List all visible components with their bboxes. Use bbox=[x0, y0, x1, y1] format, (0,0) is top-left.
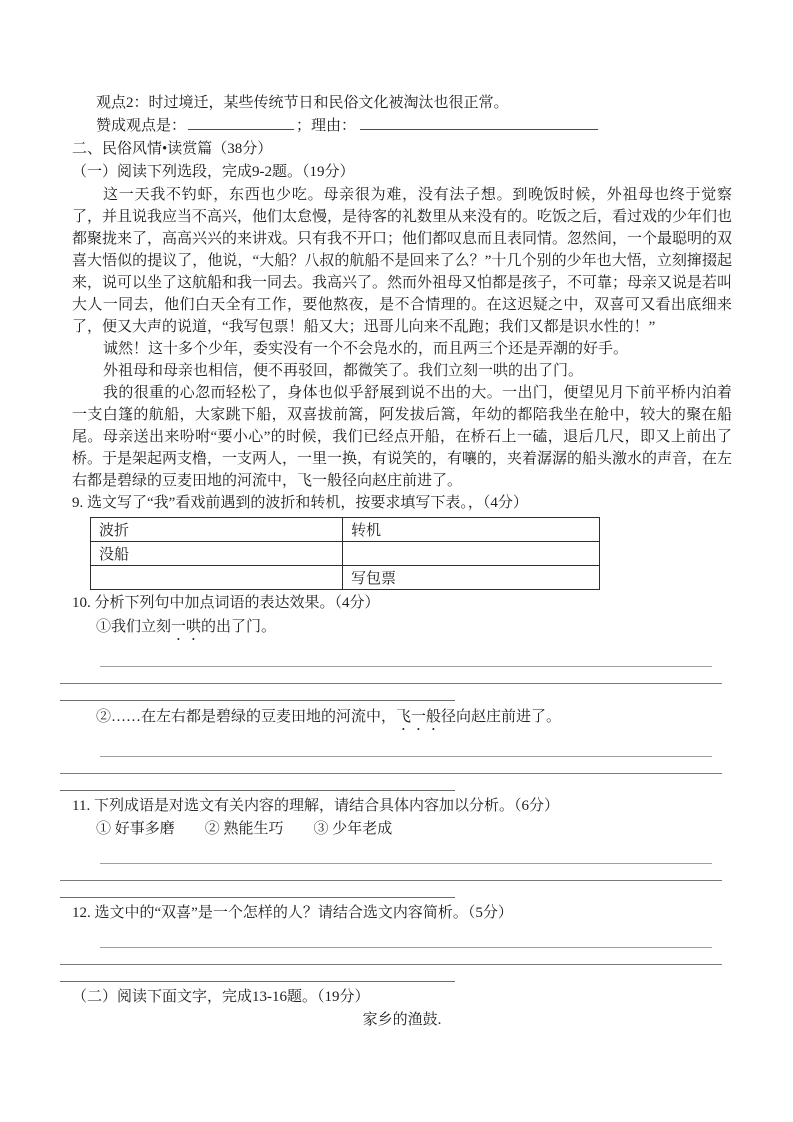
agree-line: 赞成观点是：；理由： bbox=[72, 115, 732, 138]
table-cell-empty bbox=[91, 566, 343, 590]
item2-pre: ②……在左右都是碧绿的豆麦田地的河流中， bbox=[96, 709, 396, 725]
item2-post: 径向赵庄前进了。 bbox=[441, 709, 561, 725]
passage-paragraph-3: 外祖母和母亲也相信，便不再驳回，都微笑了。我们立刻一哄的出了门。 bbox=[72, 360, 732, 382]
agree-answer-blank bbox=[188, 115, 294, 130]
answer-line bbox=[100, 740, 712, 757]
answer-line bbox=[60, 948, 722, 965]
table-row: 波折 转机 bbox=[91, 518, 600, 542]
table-cell: 写包票 bbox=[343, 566, 600, 590]
answer-line bbox=[60, 774, 455, 791]
answer-line bbox=[100, 931, 712, 948]
question-9-table: 波折 转机 没船 写包票 bbox=[90, 517, 600, 590]
answer-lines-q10-1 bbox=[72, 650, 732, 701]
table-cell-empty bbox=[343, 542, 600, 566]
question-12-text: 12. 选文中的“双喜”是一个怎样的人？请结合选文内容简析。（5分） bbox=[72, 902, 732, 925]
answer-lines-q11 bbox=[72, 847, 732, 898]
answer-lines-q10-2 bbox=[72, 740, 732, 791]
answer-lines-q12 bbox=[72, 931, 732, 982]
item1-emphasized-word: 一哄 bbox=[171, 619, 201, 635]
answer-line bbox=[60, 684, 455, 701]
part2-heading: （二）阅读下面文字，完成13-16题。（19分） bbox=[72, 986, 732, 1009]
table-cell: 没船 bbox=[91, 542, 343, 566]
answer-line bbox=[60, 667, 722, 684]
answer-line bbox=[100, 650, 712, 667]
answer-line bbox=[60, 881, 455, 898]
passage-paragraph-2: 诚然！这十多个少年，委实没有一个不会凫水的，而且两三个还是弄潮的好手。 bbox=[72, 338, 732, 360]
item1-post: 的出了门。 bbox=[201, 619, 276, 635]
question-11-text: 11. 下列成语是对选文有关内容的理解，请结合具体内容加以分析。（6分） bbox=[72, 795, 732, 818]
reason-answer-blank bbox=[360, 115, 598, 130]
part1-heading: （一）阅读下列选段，完成9-2题。（19分） bbox=[72, 161, 732, 184]
agree-label: 赞成观点是： bbox=[96, 118, 186, 134]
viewpoint2-text: 观点2：时过境迁，某些传统节日和民俗文化被淘汰也很正常。 bbox=[72, 92, 732, 115]
answer-line bbox=[100, 847, 712, 864]
reason-label: ；理由： bbox=[296, 118, 356, 134]
answer-line bbox=[60, 965, 455, 982]
answer-line bbox=[60, 757, 722, 774]
passage2-title: 家乡的渔鼓. bbox=[72, 1009, 732, 1032]
question-9-text: 9. 选文写了“我”看戏前遇到的波折和转机，按要求填写下表。，（4分） bbox=[72, 492, 732, 515]
table-header-zhuanji: 转机 bbox=[343, 518, 600, 542]
question-10-text: 10. 分析下列句中加点词语的表达效果。（4分） bbox=[72, 592, 732, 615]
question-10-item-1: ①我们立刻一哄的出了门。 bbox=[72, 615, 732, 644]
question-11-options: ① 好事多磨 ② 熟能生巧 ③ 少年老成 bbox=[72, 818, 732, 841]
passage-paragraph-4: 我的很重的心忽而轻松了，身体也似乎舒展到说不出的大。一出门，便望见月下前平桥内泊… bbox=[72, 382, 732, 492]
item1-pre: ①我们立刻 bbox=[96, 619, 171, 635]
section2-heading: 二、民俗风情•读赏篇（38分） bbox=[72, 138, 732, 161]
exam-page: 观点2：时过境迁，某些传统节日和民俗文化被淘汰也很正常。 赞成观点是：；理由： … bbox=[0, 0, 793, 1122]
passage-paragraph-1: 这一天我不钓虾，东西也少吃。母亲很为难，没有法子想。到晚饭时候，外祖母也终于觉察… bbox=[72, 184, 732, 338]
table-row: 没船 bbox=[91, 542, 600, 566]
item2-emphasized-word: 飞一般 bbox=[396, 709, 441, 725]
answer-line bbox=[60, 864, 722, 881]
table-header-bozhe: 波折 bbox=[91, 518, 343, 542]
table-row: 写包票 bbox=[91, 566, 600, 590]
question-10-item-2: ②……在左右都是碧绿的豆麦田地的河流中，飞一般径向赵庄前进了。 bbox=[72, 705, 732, 734]
